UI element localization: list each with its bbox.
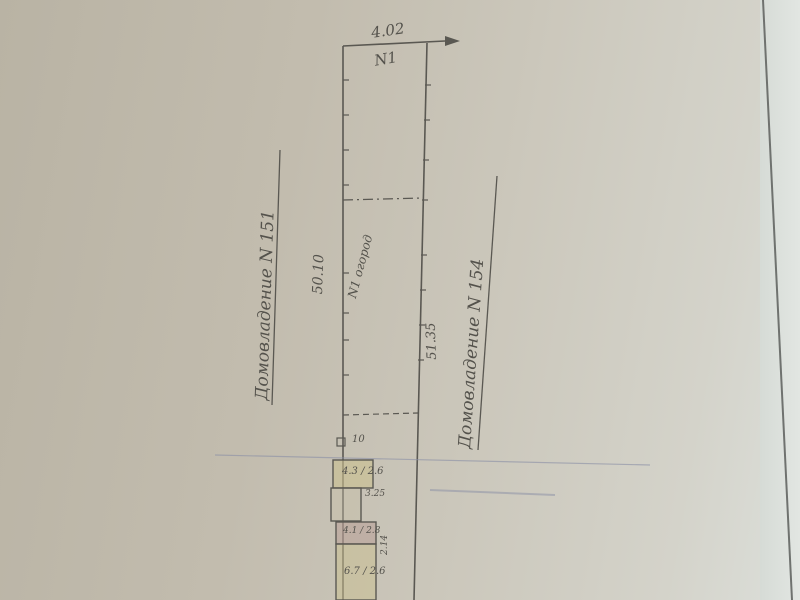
left-side-length-label: 50.10 <box>310 254 327 295</box>
pencil-line <box>430 490 555 495</box>
divider-line-lower <box>343 413 418 415</box>
north-arrow-icon <box>445 36 460 46</box>
divider-line-upper <box>343 198 423 200</box>
small-box-mark: 10 <box>352 434 365 445</box>
scale-ticks <box>343 80 431 375</box>
right-side-length-label: 51.35 <box>424 322 440 360</box>
building-label: 4.3 / 2.6 <box>342 466 384 477</box>
building-label: 4.1 / 2.8 <box>343 526 380 536</box>
pencil-line <box>215 455 650 465</box>
page-fold-line <box>763 0 792 600</box>
plot-drawing <box>0 0 800 600</box>
building-label: 6.7 / 2.6 <box>344 566 386 577</box>
building-label: 2.14 <box>380 535 390 555</box>
building-label: 3.25 <box>365 489 385 499</box>
